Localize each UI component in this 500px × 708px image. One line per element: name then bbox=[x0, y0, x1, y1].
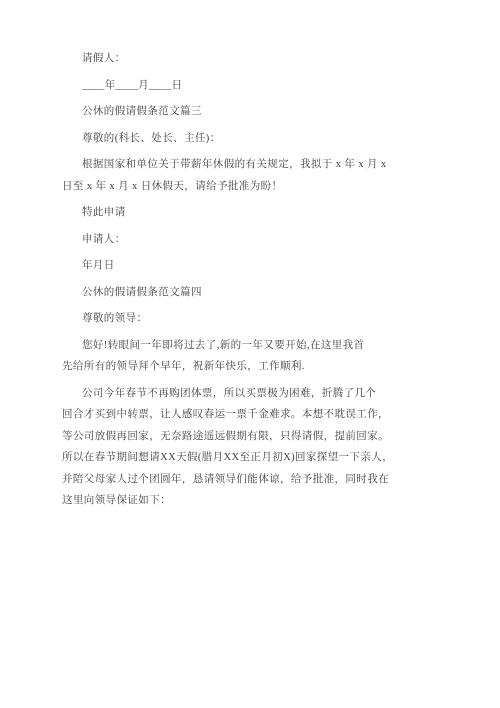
section-title-three: 公休的假请假条范文篇三 bbox=[62, 101, 445, 123]
body-line-request-1: 根据国家和单位关于带薪年休假的有关规定，我拟于 x 年 x 月 x bbox=[62, 154, 445, 176]
body-line-ticket-1: 公司今年春节不再购团体票，所以买票极为困难，折腾了几个 bbox=[62, 383, 445, 405]
body-line-leave-2: 并陪父母家人过个团圆年，恳请领导们能体谅，给予批准，同时我在 bbox=[62, 469, 445, 491]
hereby-apply-line: 特此申请 bbox=[62, 202, 445, 224]
greeting-line-2: 先给所有的领导拜个早年，祝新年快乐，工作顺利. bbox=[62, 356, 445, 378]
salutation-leader: 尊敬的领导： bbox=[62, 308, 445, 330]
greeting-line-1: 您好!转眼间一年即将过去了,新的一年又要开始,在这里我首 bbox=[62, 335, 445, 357]
body-line-request-2: 日至 x 年 x 月 x 日休假天，请给予批准为盼！ bbox=[62, 176, 445, 198]
requester-label: 请假人： bbox=[62, 48, 445, 70]
body-line-ticket-2: 回合才买到中转票，让人感叹春运一票千金难求。本想不耽误工作， bbox=[62, 404, 445, 426]
date-line: 年月日 bbox=[62, 255, 445, 277]
promise-lead-in-line: 这里向领导保证如下： bbox=[62, 490, 445, 512]
date-blank-line: ____年____月____日 bbox=[62, 75, 445, 97]
applicant-label: 申请人： bbox=[62, 229, 445, 251]
section-title-four: 公休的假请假条范文篇四 bbox=[62, 282, 445, 304]
salutation-officials: 尊敬的(科长、处长、主任)： bbox=[62, 128, 445, 150]
body-line-ticket-3: 等公司放假再回家，无奈路途遥远假期有限，只得请假，提前回家。 bbox=[62, 426, 445, 448]
document-page: 请假人： ____年____月____日 公休的假请假条范文篇三 尊敬的(科长、… bbox=[0, 0, 500, 708]
body-line-leave-1: 所以在春节期间想请XX天假(腊月XX至正月初X)回家探望一下亲人， bbox=[62, 447, 445, 469]
